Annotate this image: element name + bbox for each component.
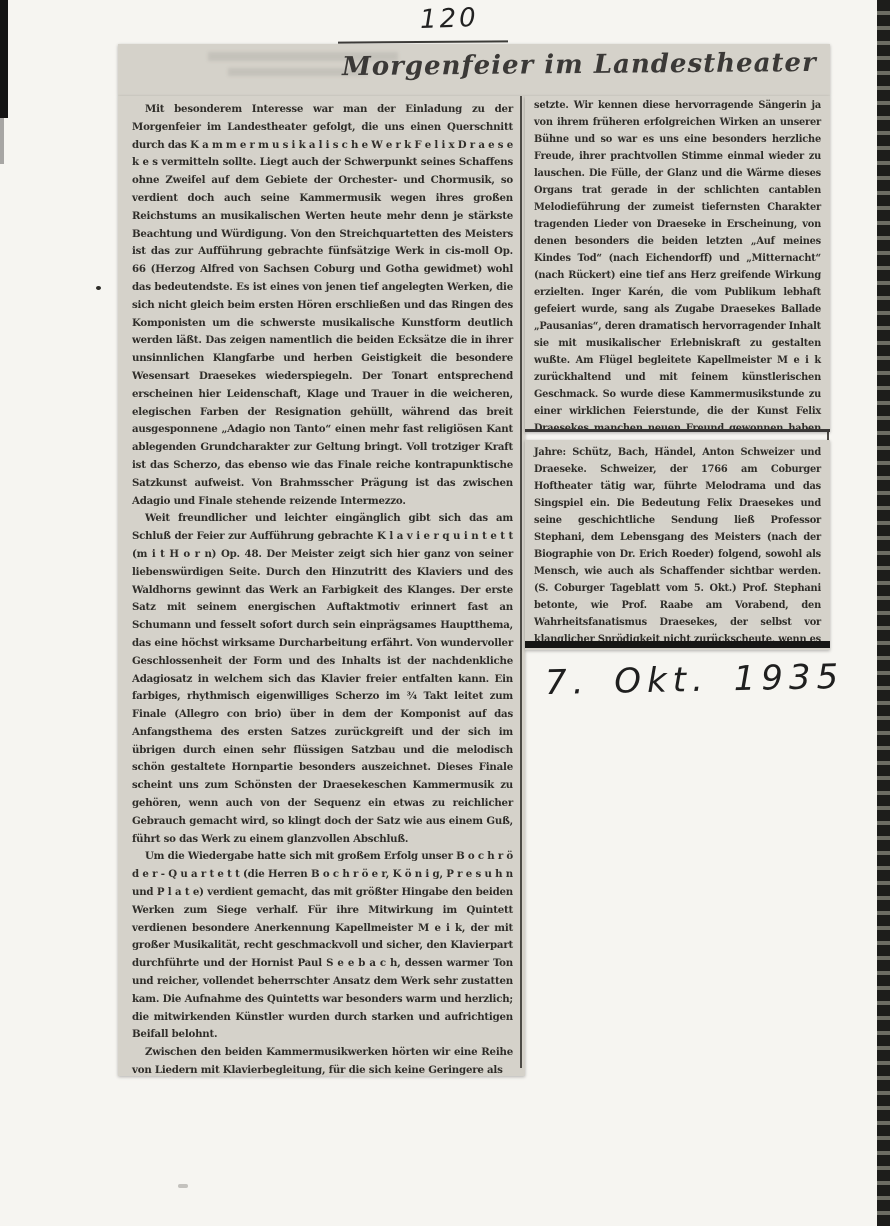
page-edge-strip (877, 0, 890, 1226)
handwritten-date: 7. Okt. 1935 (545, 657, 845, 703)
clipping-end-rule (525, 641, 830, 648)
article-paragraph: setzte. Wir kennen diese hervorragende S… (534, 97, 821, 432)
article-paragraph: Weit freundlicher und leichter eingängli… (132, 510, 513, 848)
binding-shadow-left (0, 0, 8, 118)
clipping-right-column-upper: setzte. Wir kennen diese hervorragende S… (525, 96, 830, 432)
handwritten-page-number: 120 (419, 3, 479, 35)
article-paragraph: Um die Wiedergabe hatte sich mit großem … (132, 848, 513, 1044)
ink-speck (178, 1184, 188, 1188)
article-title: Morgenfeier im Landestheater (342, 48, 817, 82)
scrapbook-page: 120 Morgenfeier im Landestheater Mit bes… (0, 0, 890, 1226)
article-paragraph: Zwischen den beiden Kammermusikwerken hö… (132, 1044, 513, 1076)
article-paragraph: Jahre: Schütz, Bach, Händel, Anton Schwe… (534, 444, 821, 650)
column-divider-rule (520, 96, 522, 1068)
binding-shadow-left-tail (0, 118, 4, 164)
clipping-left-column: Mit besonderem Interesse war man der Ein… (118, 96, 525, 1076)
clipping-right-column-lower: Jahre: Schütz, Bach, Händel, Anton Schwe… (525, 440, 830, 650)
article-paragraph: Mit besonderem Interesse war man der Ein… (132, 101, 513, 510)
ink-speck (96, 286, 101, 290)
clipping-title-band: Morgenfeier im Landestheater (118, 44, 830, 96)
